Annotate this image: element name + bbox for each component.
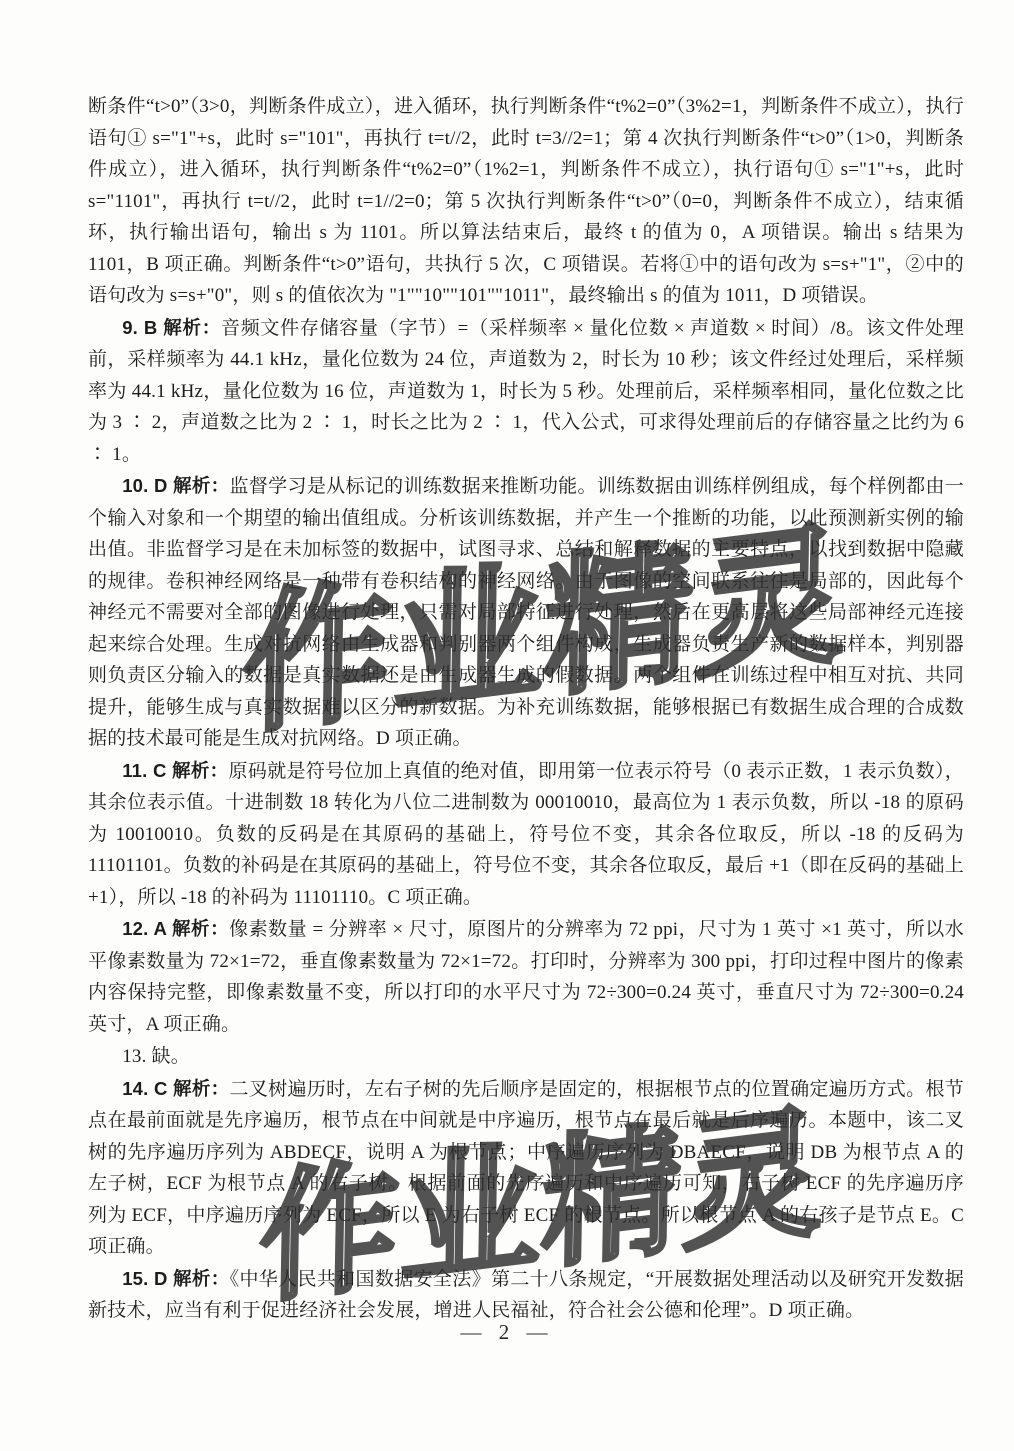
paragraph-q10: 10. D 解析：监督学习是从标记的训练数据来推断功能。训练数据由训练样例组成，… — [88, 470, 964, 755]
answer-key-body: 断条件“t>0”（3>0，判断条件成立），进入循环，执行判断条件“t%2=0”（… — [88, 90, 964, 1327]
page-number: — 2 — — [0, 1320, 1014, 1345]
paragraph-q14: 14. C 解析：二叉树遍历时，左右子树的先后顺序是固定的，根据根节点的位置确定… — [88, 1073, 964, 1263]
answer-label-q11: 11. C 解析： — [122, 760, 228, 781]
answer-text-q14: 二叉树遍历时，左右子树的先后顺序是固定的，根据根节点的位置确定遍历方式。根节点在… — [88, 1079, 964, 1258]
answer-label-q12: 12. A 解析： — [122, 918, 229, 939]
paragraph-q8-continuation: 断条件“t>0”（3>0，判断条件成立），进入循环，执行判断条件“t%2=0”（… — [88, 90, 964, 312]
answer-label-q9: 9. B 解析： — [122, 317, 221, 338]
paragraph-q9: 9. B 解析：音频文件存储容量（字节）=（采样频率 × 量化位数 × 声道数 … — [88, 312, 964, 471]
paragraph-q11: 11. C 解析：原码就是符号位加上真值的绝对值，即用第一位表示符号（0 表示正… — [88, 755, 964, 914]
paragraph-q15: 15. D 解析：《中华人民共和国数据安全法》第二十八条规定，“开展数据处理活动… — [88, 1263, 964, 1327]
answer-label-q15: 15. D 解析： — [122, 1268, 229, 1289]
answer-text-q13: 13. 缺。 — [122, 1046, 190, 1067]
answer-label-q14: 14. C 解析： — [122, 1078, 229, 1099]
document-page: 断条件“t>0”（3>0，判断条件成立），进入循环，执行判断条件“t%2=0”（… — [0, 0, 1014, 1451]
paragraph-q13: 13. 缺。 — [88, 1040, 964, 1073]
answer-text-q10: 监督学习是从标记的训练数据来推断功能。训练数据由训练样例组成，每个样例都由一个输… — [88, 476, 964, 749]
answer-text-q8: 断条件“t>0”（3>0，判断条件成立），进入循环，执行判断条件“t%2=0”（… — [88, 96, 964, 306]
paragraph-q12: 12. A 解析：像素数量 = 分辨率 × 尺寸，原图片的分辨率为 72 ppi… — [88, 913, 964, 1040]
answer-text-q9: 音频文件存储容量（字节）=（采样频率 × 量化位数 × 声道数 × 时间）/8。… — [88, 318, 964, 465]
answer-label-q10: 10. D 解析： — [122, 475, 229, 496]
answer-text-q11: 原码就是符号位加上真值的绝对值，即用第一位表示符号（0 表示正数，1 表示负数）… — [88, 761, 964, 908]
